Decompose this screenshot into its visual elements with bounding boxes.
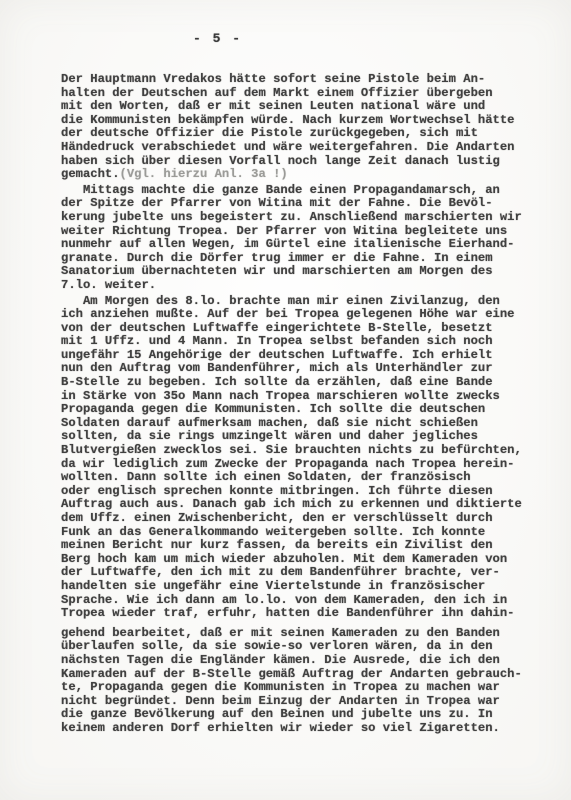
paragraph-1: Der Hauptmann Vredakos hätte sofort sein…	[61, 73, 551, 182]
page-number: - 5 -	[193, 31, 242, 46]
document-body: Der Hauptmann Vredakos hätte sofort sein…	[61, 73, 551, 738]
paragraph-1-text: Der Hauptmann Vredakos hätte sofort sein…	[61, 72, 514, 181]
paragraph-1-annotation: (Vgl. hierzu Anl. 3a !)	[120, 167, 288, 181]
scanned-document-page: - 5 - Der Hauptmann Vredakos hätte sofor…	[0, 0, 571, 800]
paragraph-3: Am Morgen des 8.lo. brachte man mir eine…	[61, 295, 551, 621]
paragraph-2: Mittags machte die ganze Bande einen Pro…	[61, 184, 551, 293]
paragraph-4: gehend bearbeitet, daß er mit seinen Kam…	[61, 627, 551, 736]
